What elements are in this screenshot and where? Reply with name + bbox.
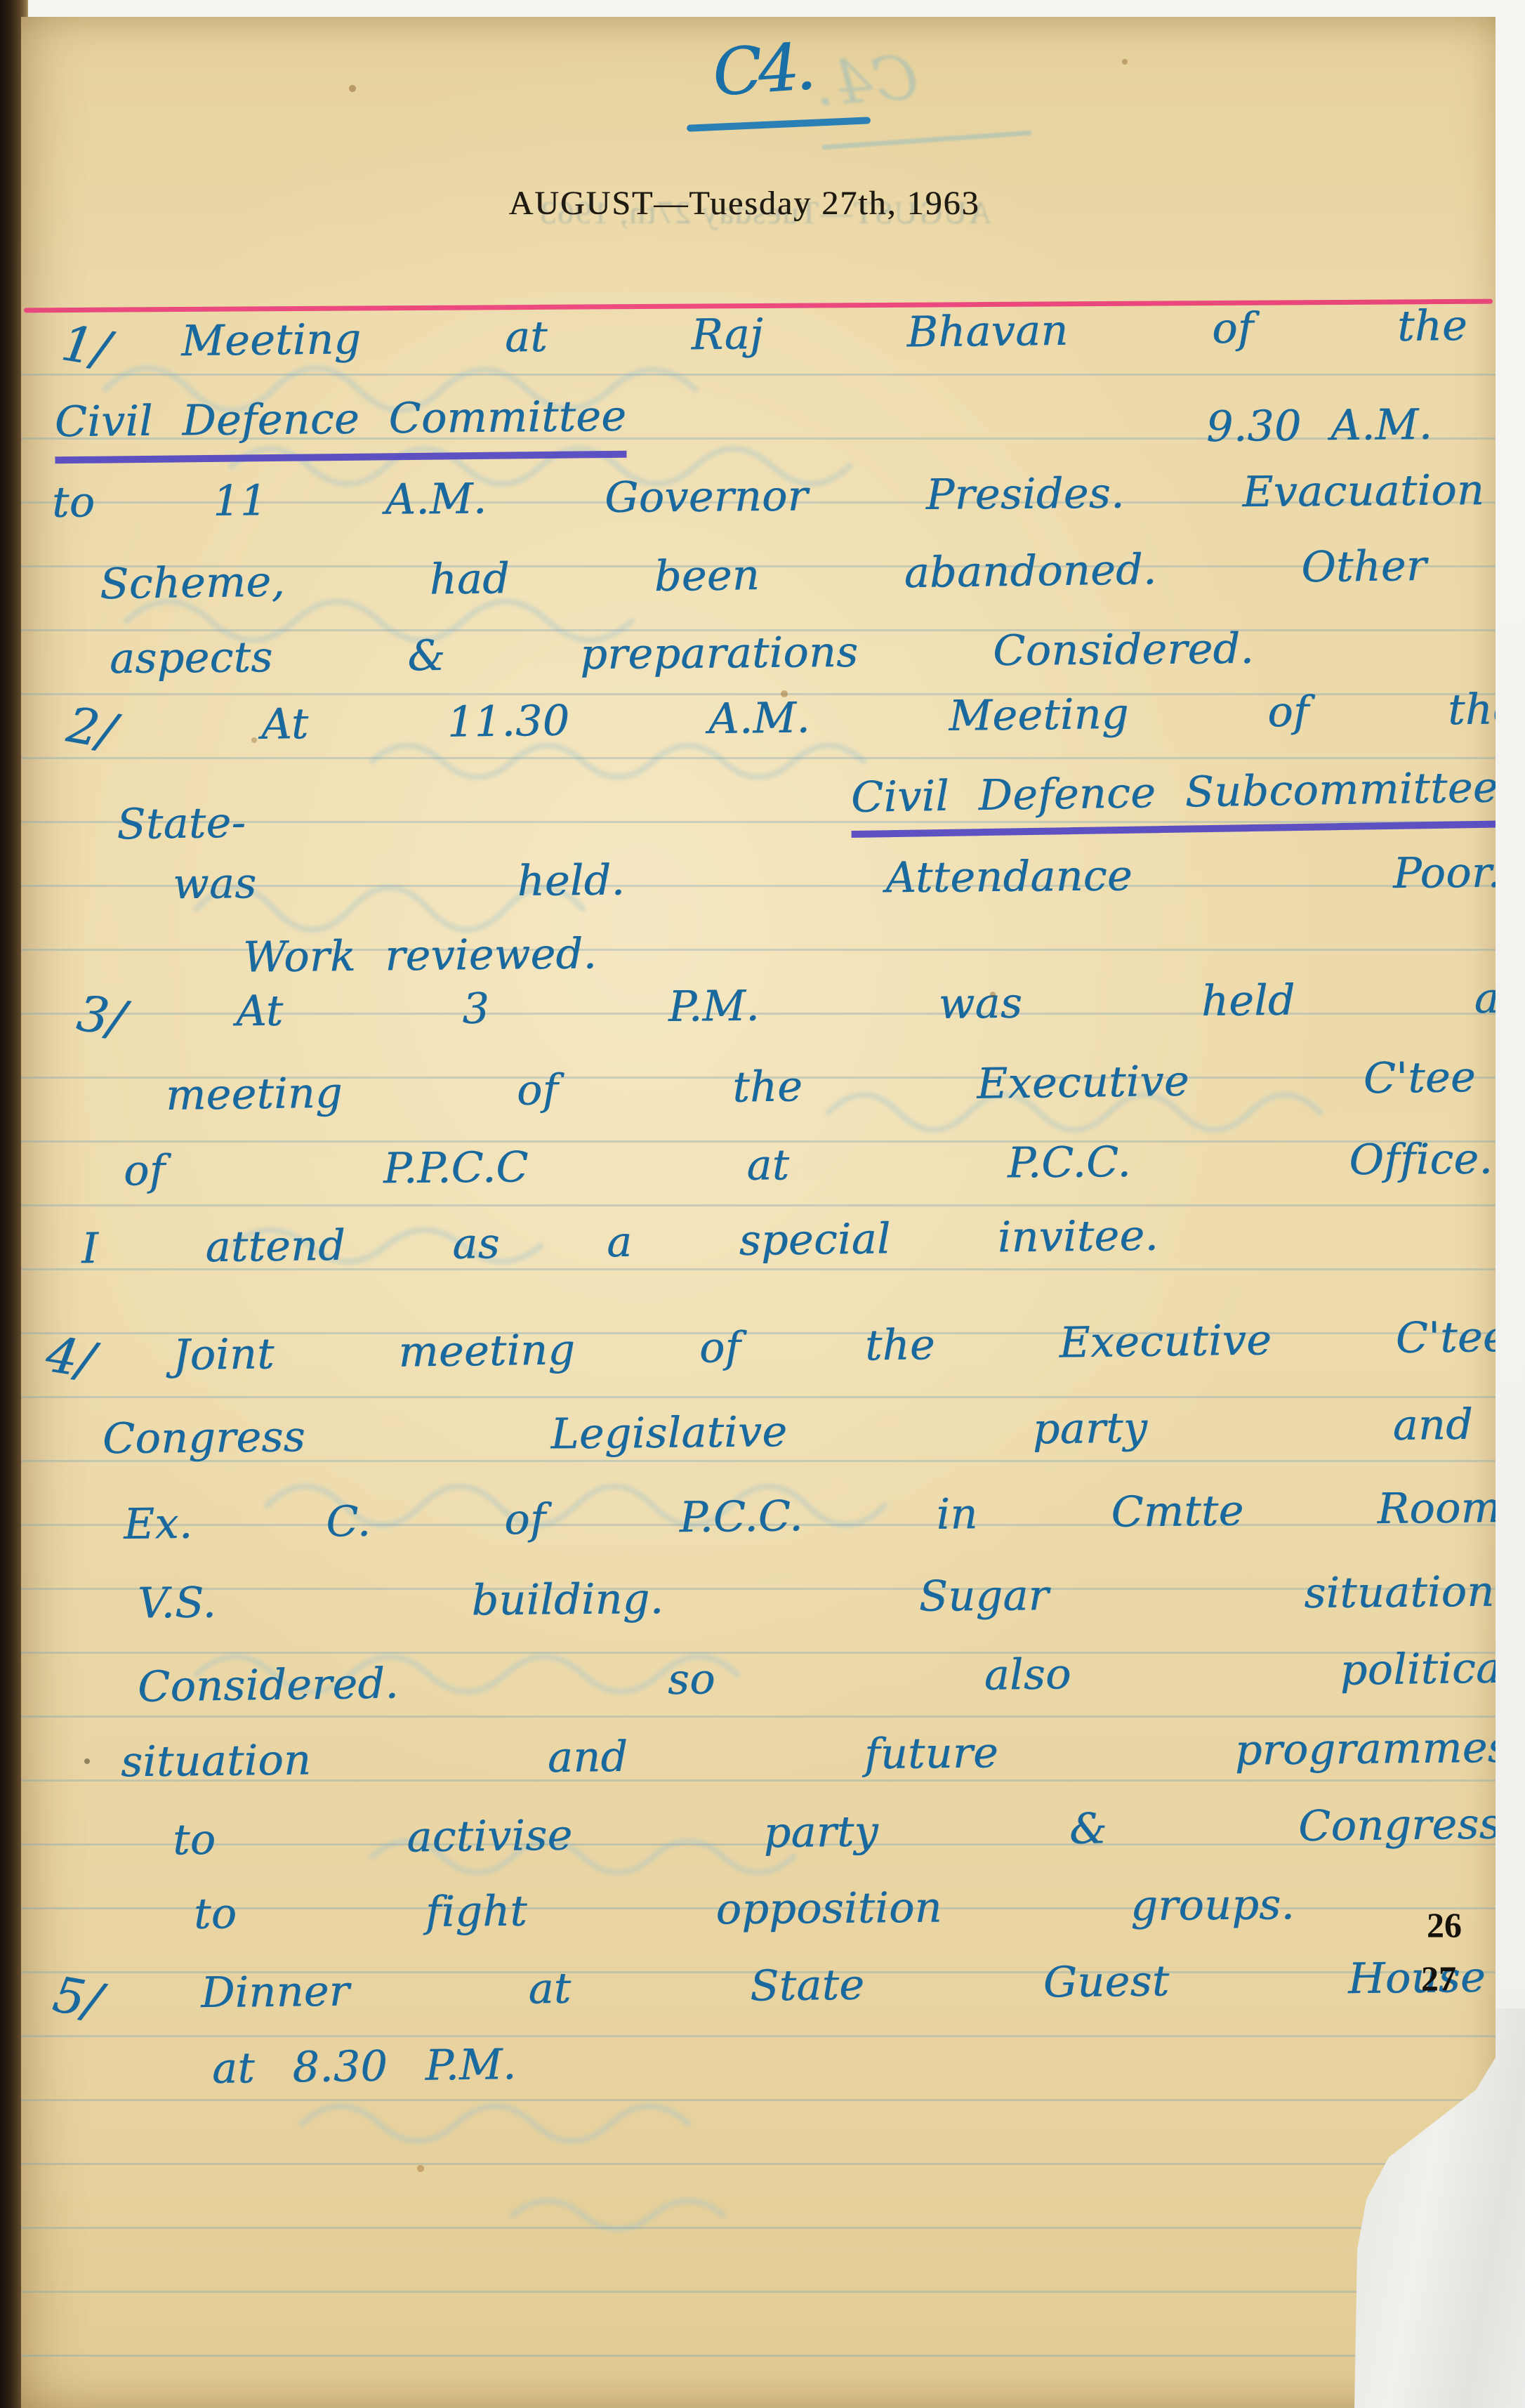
entry-4-line-6: situation and future programmes [121, 1723, 1510, 1787]
entry-3-line-2: meeting of the Executive C'tee [166, 1053, 1477, 1120]
entry-1-line-2: Civil Defence Committee 9.30 A.M. [55, 383, 1433, 464]
entry-2-line-1: At 11.30 A.M. Meeting of the [261, 685, 1519, 749]
entry-4-line-7: to activise party & Congress [173, 1799, 1502, 1864]
page-number-26: 26 [1371, 1904, 1462, 1945]
paper-specks [21, 17, 24, 20]
entry-3-line-1: At 3 P.M. was held a [236, 974, 1500, 1037]
entry-4-line-2: Congress Legislative party and [103, 1400, 1474, 1463]
entry-1-line-3: to 11 A.M. Governor Presides. Evacuation [52, 466, 1485, 527]
entry-2-line-2-prefix: State- [117, 798, 246, 850]
entry-1-number: 1/ [58, 314, 114, 379]
entry-2-number: 2/ [62, 696, 119, 761]
entry-4-line-5: Considered. so also political [138, 1643, 1516, 1711]
entry-4-line-3: Ex. C. of P.C.C. in Cmtte Room [124, 1483, 1502, 1549]
entry-3-line-4: I attend as a special invitee. [81, 1211, 1159, 1274]
entry-1-line-2-time: 9.30 A.M. [1206, 400, 1433, 452]
entry-5-line-1: Dinner at State Guest House [201, 1953, 1486, 2018]
scanned-diary-screenshot: { "page": { "corner_mark": "C4.", "date_… [0, 0, 1525, 2408]
entry-2-line-4: Work reviewed. [243, 929, 598, 982]
page-number-27: 27 [1365, 1958, 1456, 1999]
date-header: AUGUST—Tuesday 27th, 1963 [302, 184, 1187, 223]
entry-5-number: 5/ [48, 1966, 105, 2031]
entry-1-line-5: aspects & preparations Considered. [110, 624, 1255, 683]
entry-3-number: 3/ [74, 985, 129, 1048]
underlined-phrase-civil-defence-subcommittee: Civil Defence Subcommittee [851, 763, 1499, 838]
diary-page: AUGUST—Tuesday 27th, 1963 AUGUST—Tuesday… [21, 17, 1496, 2408]
entry-4-line-4: V.S. building. Sugar situation. [138, 1567, 1509, 1628]
entry-1-line-4: Scheme, had been abandoned. Other [100, 541, 1427, 609]
corner-mark: C4. [710, 29, 813, 111]
entry-4-number: 4/ [42, 1325, 98, 1390]
entry-4-line-1: Joint meeting of the Executive C'tee [173, 1312, 1509, 1381]
entry-5-line-2: at 8.30 P.M. [212, 2040, 517, 2093]
entry-2-line-2: State- Civil Defence Subcommittee [116, 763, 1498, 850]
underlined-phrase-civil-defence-committee: Civil Defence Committee [55, 392, 627, 464]
entry-2-line-3: was held. Attendance Poor. [173, 848, 1502, 909]
corner-mark-underline-bleedthrough [821, 131, 1032, 150]
corner-mark-bleedthrough: C4. [812, 43, 920, 120]
corner-mark-underline-stroke [687, 117, 871, 131]
entry-4-line-8: to fight opposition groups. [194, 1880, 1295, 1939]
entry-3-line-3: of P.P.C.C at P.C.C. Office. [124, 1134, 1493, 1195]
entry-1-line-1: Meeting at Raj Bhavan of the [181, 301, 1468, 366]
